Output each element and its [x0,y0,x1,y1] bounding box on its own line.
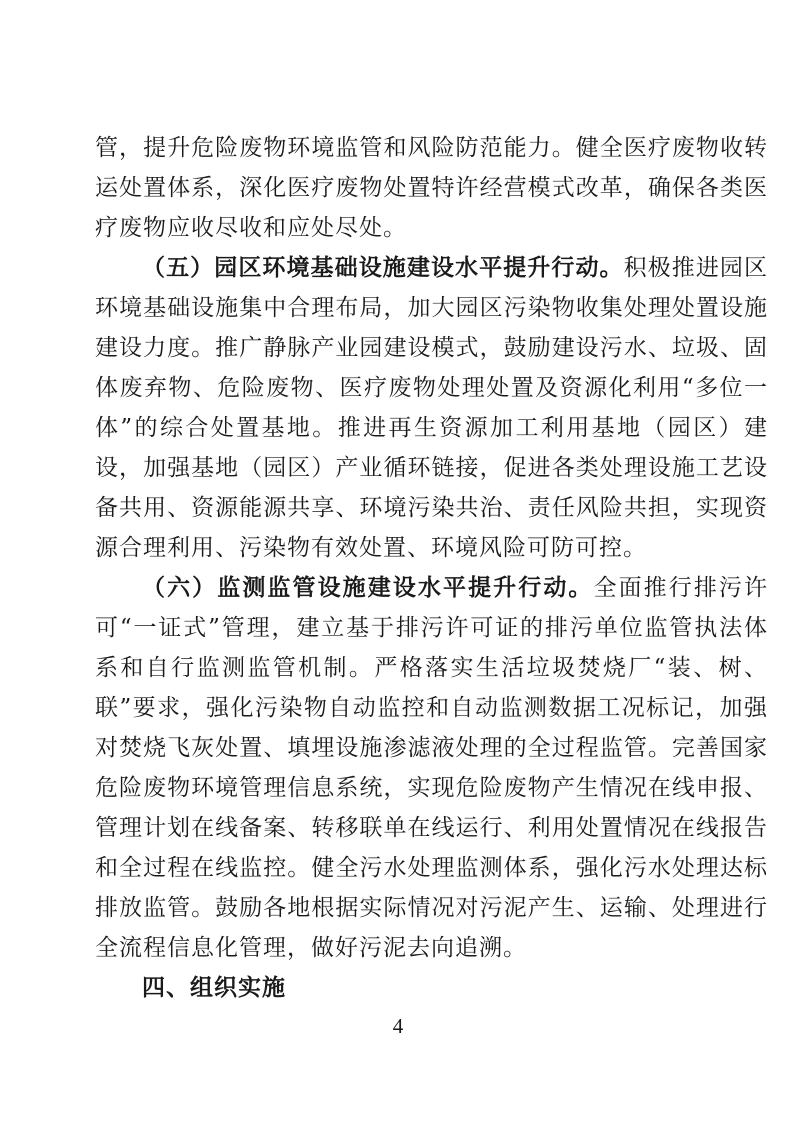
paragraph-continuation: 管，提升危险废物环境监管和风险防范能力。健全医疗废物收转运处置体系，深化医疗废物… [95,128,768,248]
section-5-heading: （五）园区环境基础设施建设水平提升行动。 [142,254,624,281]
chapter-4-heading: 四、组织实施 [95,968,768,1008]
page-number: 4 [0,1012,796,1040]
paragraph-text: 积极推进园区环境基础设施集中合理布局，加大园区污染物收集处理处置设施建设力度。推… [95,255,768,561]
paragraph-section-5: （五）园区环境基础设施建设水平提升行动。积极推进园区环境基础设施集中合理布局，加… [95,248,768,568]
section-6-heading: （六）监测监管设施建设水平提升行动。 [142,574,594,601]
paragraph-text: 管，提升危险废物环境监管和风险防范能力。健全医疗废物收转运处置体系，深化医疗废物… [95,135,768,241]
paragraph-section-6: （六）监测监管设施建设水平提升行动。全面推行排污许可“一证式”管理，建立基于排污… [95,568,768,968]
paragraph-text: 全面推行排污许可“一证式”管理，建立基于排污许可证的排污单位监管执法体系和自行监… [95,575,768,961]
document-page: 管，提升危险废物环境监管和风险防范能力。健全医疗废物收转运处置体系，深化医疗废物… [95,128,768,1008]
